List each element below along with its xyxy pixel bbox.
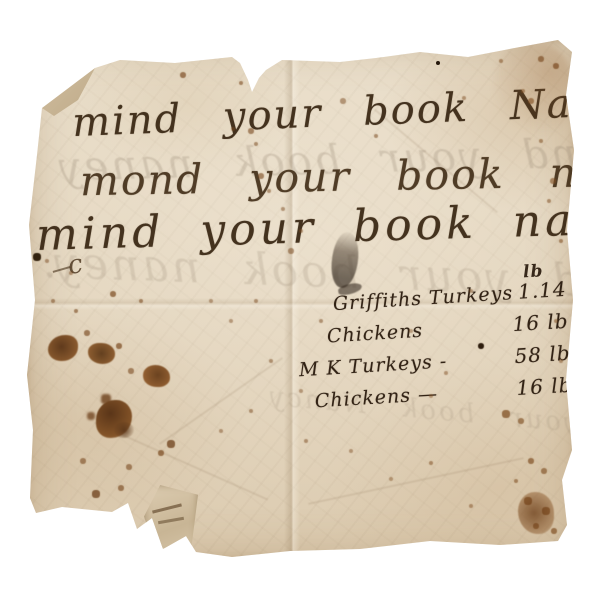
- practice-line-3: mind your book naney.: [36, 196, 600, 258]
- ledger-item: Chickens —: [314, 384, 438, 412]
- ledger-unit-header: lb: [523, 262, 544, 282]
- stain-blotch: [143, 365, 170, 387]
- ledger-value: 16 lb: [512, 310, 569, 335]
- ledger-item: M K Turkeys -: [298, 351, 447, 381]
- ledger-value: 16 lb: [516, 373, 573, 398]
- manuscript-paper: mond your book naney mind your book nane…: [26, 40, 576, 560]
- stain-blotch: [48, 335, 78, 361]
- crumple-crease: [159, 357, 283, 445]
- crumple-crease: [308, 457, 524, 505]
- practice-line-2: mond your book naney: [80, 151, 600, 203]
- poultry-weight-ledger: lb Griffiths Turkeys 1.14 Chickens 16 lb…: [294, 278, 573, 422]
- stain-blotch-bottom-right: [518, 492, 554, 534]
- torn-bottom-flap: [144, 485, 198, 555]
- dark-ink-spots: [26, 40, 28, 42]
- edge-stain-top-right: [494, 44, 572, 136]
- ledger-item: Chickens: [326, 321, 423, 348]
- foxing-spots-right: [26, 40, 28, 42]
- photo-canvas: mond your book naney mind your book nane…: [0, 0, 600, 600]
- stain-blotch: [96, 400, 132, 438]
- stain-blotch: [88, 343, 115, 364]
- foxing-spots-left: [26, 40, 28, 42]
- ledger-row: Chickens — 16 lb: [300, 373, 573, 412]
- ledger-value: 58 lb: [514, 341, 571, 366]
